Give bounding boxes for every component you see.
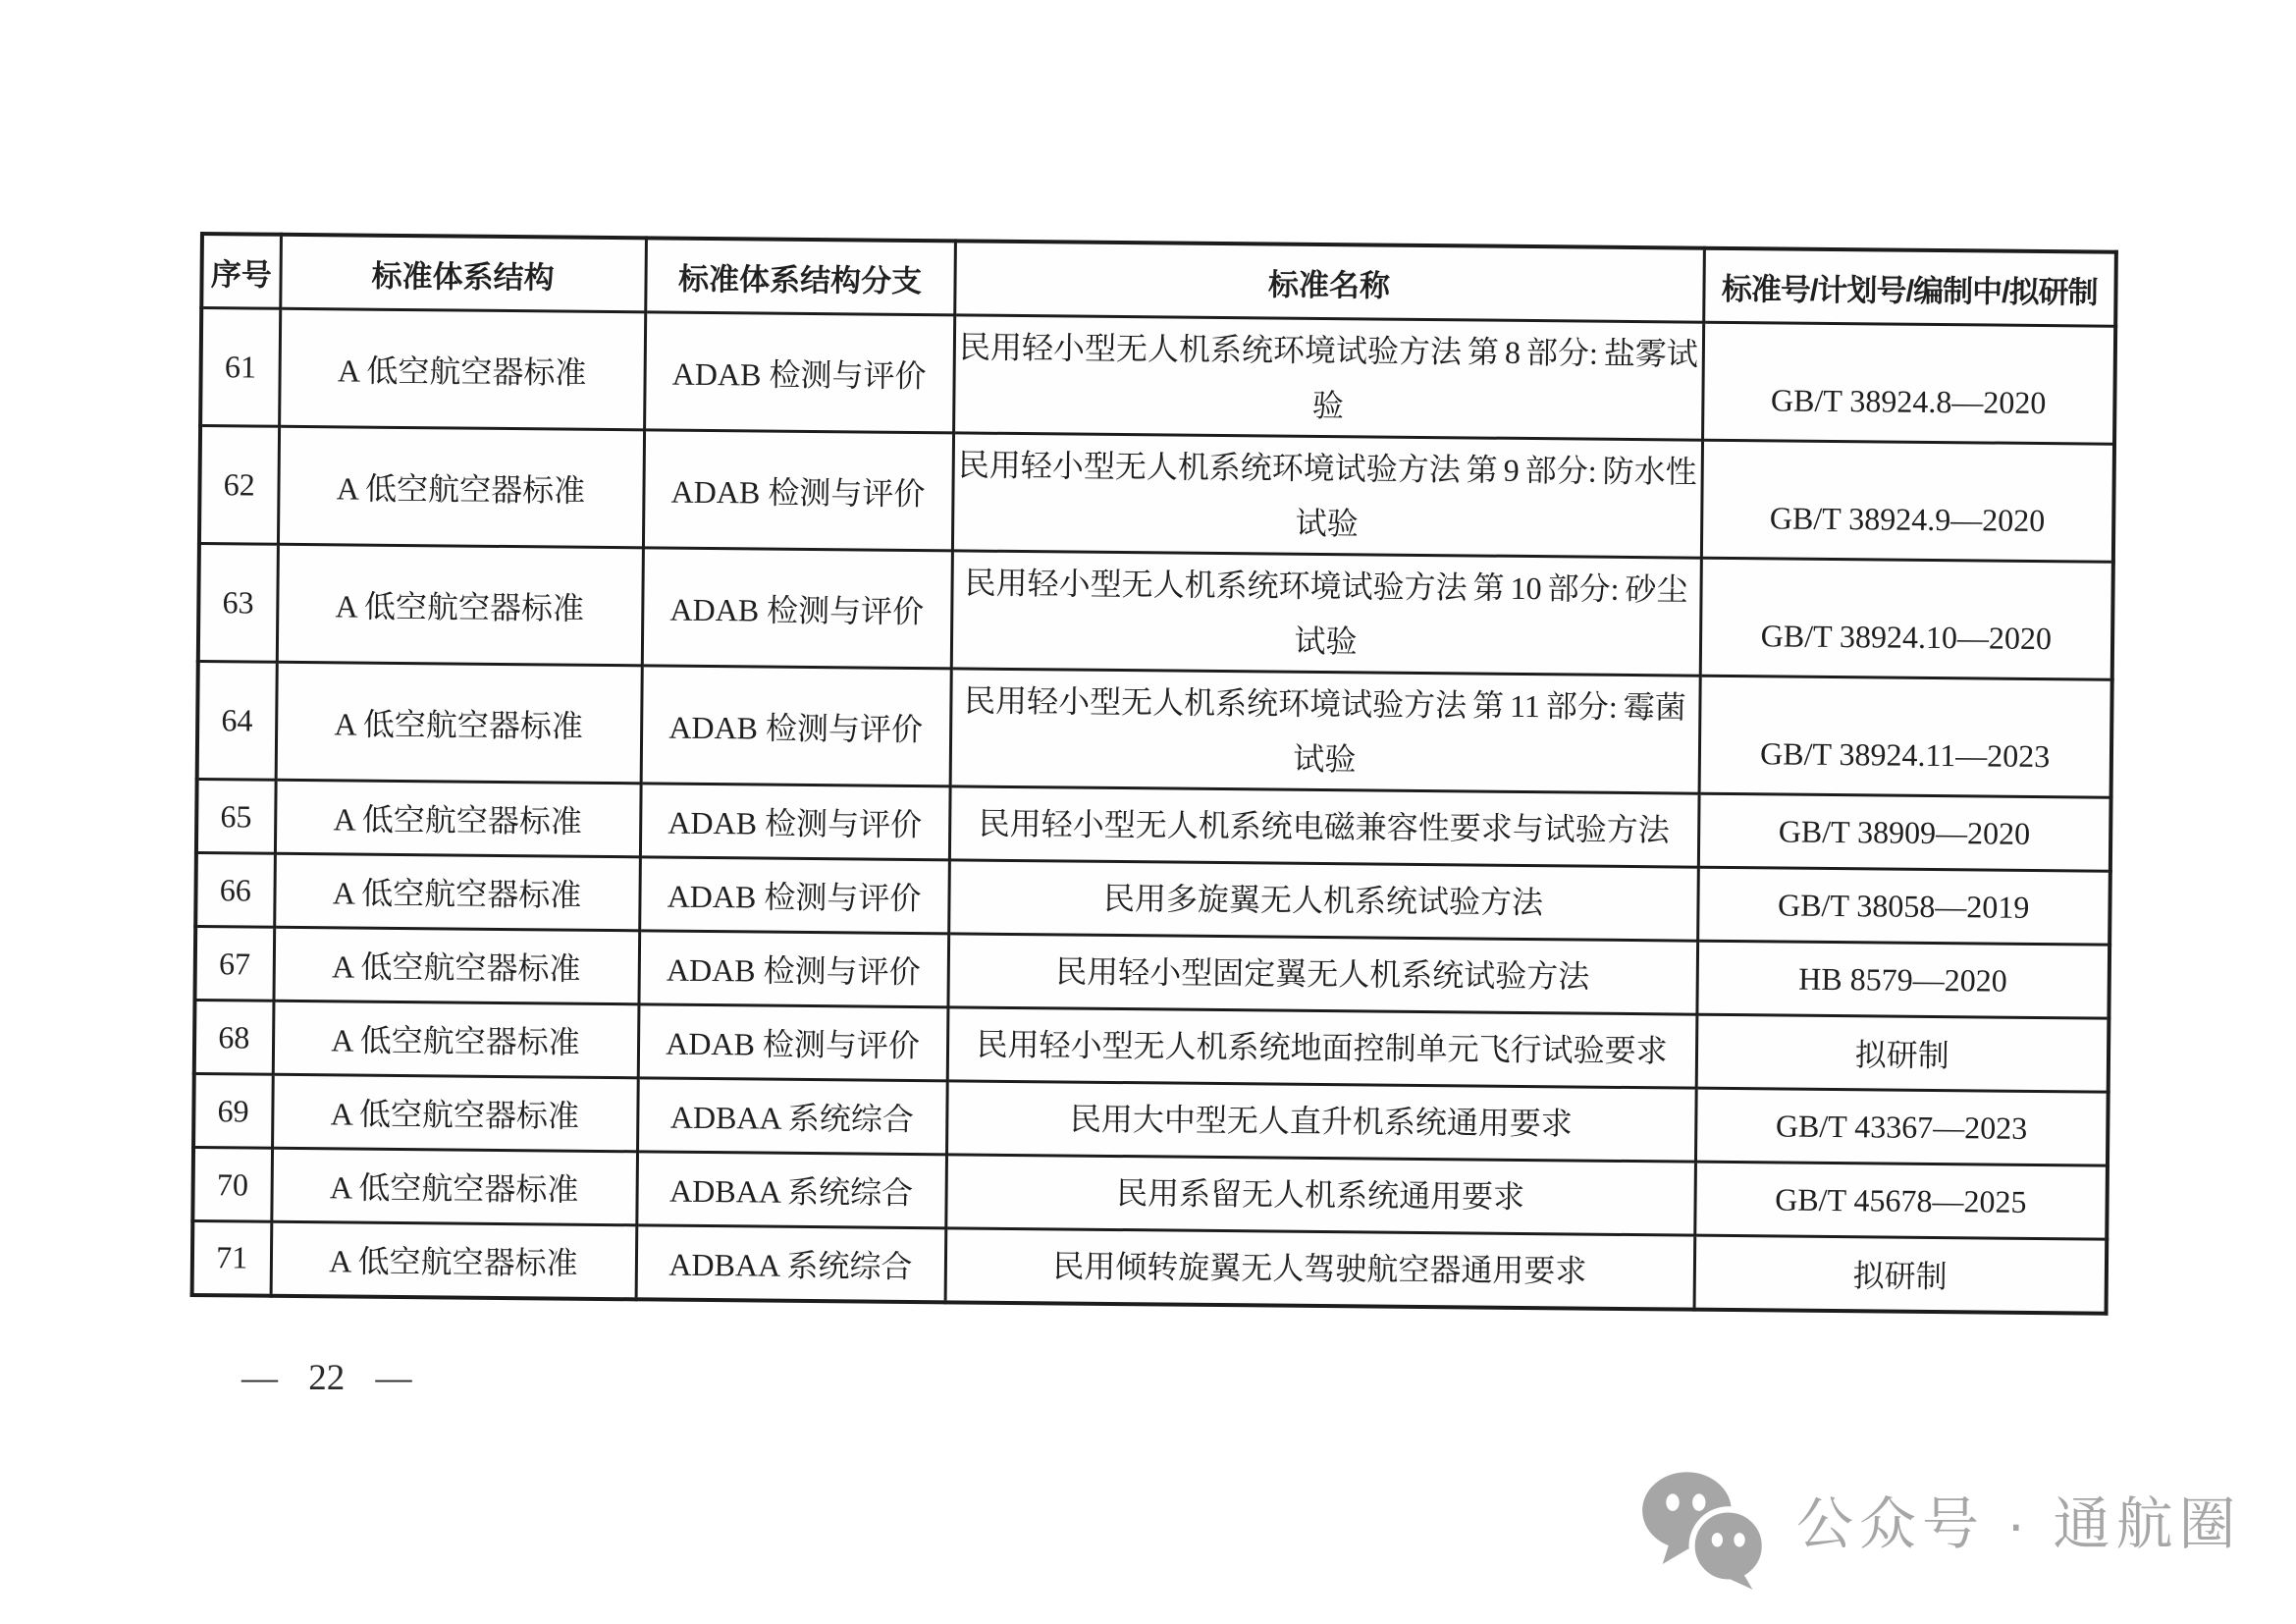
cell-serial-number: 68	[194, 1000, 274, 1074]
cell-system-structure: A 低空航空器标准	[278, 426, 644, 548]
standards-table-container: 序号 标准体系结构 标准体系结构分支 标准名称 标准号/计划号/编制中/拟研制 …	[190, 232, 2118, 1315]
cell-standard-name: 民用轻小型无人机系统电磁兼容性要求与试验方法	[949, 786, 1699, 867]
cell-structure-branch: ADBAA 系统综合	[636, 1225, 946, 1302]
cell-standard-name: 民用多旋翼无人机系统试验方法	[948, 860, 1698, 941]
cell-standard-name: 民用系留无人机系统通用要求	[945, 1155, 1695, 1235]
cell-standard-code: GB/T 38058—2019	[1697, 867, 2110, 945]
watermark-text: 公众号 · 通航圈	[1796, 1496, 2242, 1563]
cell-standard-name: 民用倾转旋翼无人驾驶航空器通用要求	[945, 1228, 1695, 1309]
cell-system-structure: A 低空航空器标准	[271, 1148, 637, 1225]
column-header-branch: 标准体系结构分支	[645, 238, 955, 315]
cell-serial-number: 69	[193, 1073, 273, 1148]
cell-standard-code: 拟研制	[1696, 1014, 2109, 1092]
cell-standard-code: GB/T 38924.11—2023	[1699, 676, 2112, 797]
cell-serial-number: 64	[197, 661, 277, 780]
cell-structure-branch: ADAB 检测与评价	[641, 666, 951, 786]
cell-system-structure: A 低空航空器标准	[272, 1074, 638, 1152]
column-header-structure: 标准体系结构	[280, 235, 646, 312]
cell-system-structure: A 低空航空器标准	[273, 927, 639, 1004]
cell-serial-number: 67	[194, 926, 274, 1001]
cell-standard-code: GB/T 38924.8—2020	[1702, 322, 2115, 444]
cell-standard-code: GB/T 43367—2023	[1695, 1088, 2109, 1165]
wechat-icon	[1639, 1469, 1771, 1591]
standards-table: 序号 标准体系结构 标准体系结构分支 标准名称 标准号/计划号/编制中/拟研制 …	[190, 232, 2118, 1315]
cell-system-structure: A 低空航空器标准	[273, 1001, 639, 1078]
cell-system-structure: A 低空航空器标准	[277, 544, 643, 666]
cell-serial-number: 62	[199, 426, 279, 545]
cell-serial-number: 70	[192, 1147, 272, 1221]
cell-standard-name: 民用轻小型无人机系统环境试验方法 第 10 部分: 砂尘试验	[951, 551, 1701, 676]
cell-standard-code: GB/T 38924.9—2020	[1701, 440, 2114, 562]
cell-serial-number: 63	[198, 544, 278, 663]
cell-system-structure: A 低空航空器标准	[274, 853, 640, 931]
standards-table-body: 61 A 低空航空器标准 ADAB 检测与评价 民用轻小型无人机系统环境试验方法…	[192, 308, 2116, 1314]
cell-serial-number: 71	[192, 1220, 272, 1295]
table-row: 63 A 低空航空器标准 ADAB 检测与评价 民用轻小型无人机系统环境试验方法…	[198, 544, 2113, 680]
cell-standard-name: 民用轻小型无人机系统地面控制单元飞行试验要求	[947, 1007, 1697, 1088]
cell-standard-name: 民用轻小型无人机系统环境试验方法 第 11 部分: 霉菌试验	[950, 669, 1700, 793]
cell-standard-name: 民用轻小型固定翼无人机系统试验方法	[947, 934, 1697, 1014]
cell-structure-branch: ADBAA 系统综合	[636, 1152, 946, 1228]
cell-structure-branch: ADAB 检测与评价	[640, 784, 950, 860]
cell-system-structure: A 低空航空器标准	[275, 780, 641, 857]
cell-structure-branch: ADBAA 系统综合	[637, 1078, 947, 1155]
cell-standard-code: 拟研制	[1694, 1235, 2108, 1313]
cell-serial-number: 65	[196, 779, 276, 853]
table-row: 61 A 低空航空器标准 ADAB 检测与评价 民用轻小型无人机系统环境试验方法…	[200, 308, 2115, 445]
cell-standard-name: 民用轻小型无人机系统环境试验方法 第 9 部分: 防水性试验	[952, 433, 1702, 558]
column-header-code: 标准号/计划号/编制中/拟研制	[1703, 248, 2116, 327]
cell-serial-number: 66	[195, 852, 275, 927]
cell-serial-number: 61	[200, 308, 280, 427]
cell-structure-branch: ADAB 检测与评价	[638, 1004, 948, 1081]
cell-standard-name: 民用大中型无人直升机系统通用要求	[946, 1081, 1696, 1162]
cell-standard-name: 民用轻小型无人机系统环境试验方法 第 8 部分: 盐雾试验	[953, 315, 1703, 440]
table-row: 64 A 低空航空器标准 ADAB 检测与评价 民用轻小型无人机系统环境试验方法…	[197, 661, 2112, 797]
cell-structure-branch: ADAB 检测与评价	[639, 857, 949, 934]
cell-structure-branch: ADAB 检测与评价	[644, 312, 954, 433]
column-header-no: 序号	[201, 234, 281, 308]
column-header-name: 标准名称	[954, 241, 1704, 322]
page-number: — 22 —	[241, 1357, 412, 1399]
cell-structure-branch: ADAB 检测与评价	[642, 548, 952, 669]
cell-system-structure: A 低空航空器标准	[279, 308, 645, 430]
cell-standard-code: HB 8579—2020	[1696, 941, 2109, 1018]
cell-structure-branch: ADAB 检测与评价	[643, 430, 953, 551]
cell-standard-code: GB/T 45678—2025	[1694, 1162, 2108, 1239]
cell-system-structure: A 低空航空器标准	[271, 1221, 637, 1299]
cell-structure-branch: ADAB 检测与评价	[638, 931, 948, 1007]
cell-system-structure: A 低空航空器标准	[276, 662, 642, 784]
watermark: 公众号 · 通航圈	[1639, 1469, 2242, 1591]
table-row: 62 A 低空航空器标准 ADAB 检测与评价 民用轻小型无人机系统环境试验方法…	[199, 426, 2114, 563]
cell-standard-code: GB/T 38924.10—2020	[1700, 558, 2113, 679]
cell-standard-code: GB/T 38909—2020	[1698, 793, 2111, 871]
